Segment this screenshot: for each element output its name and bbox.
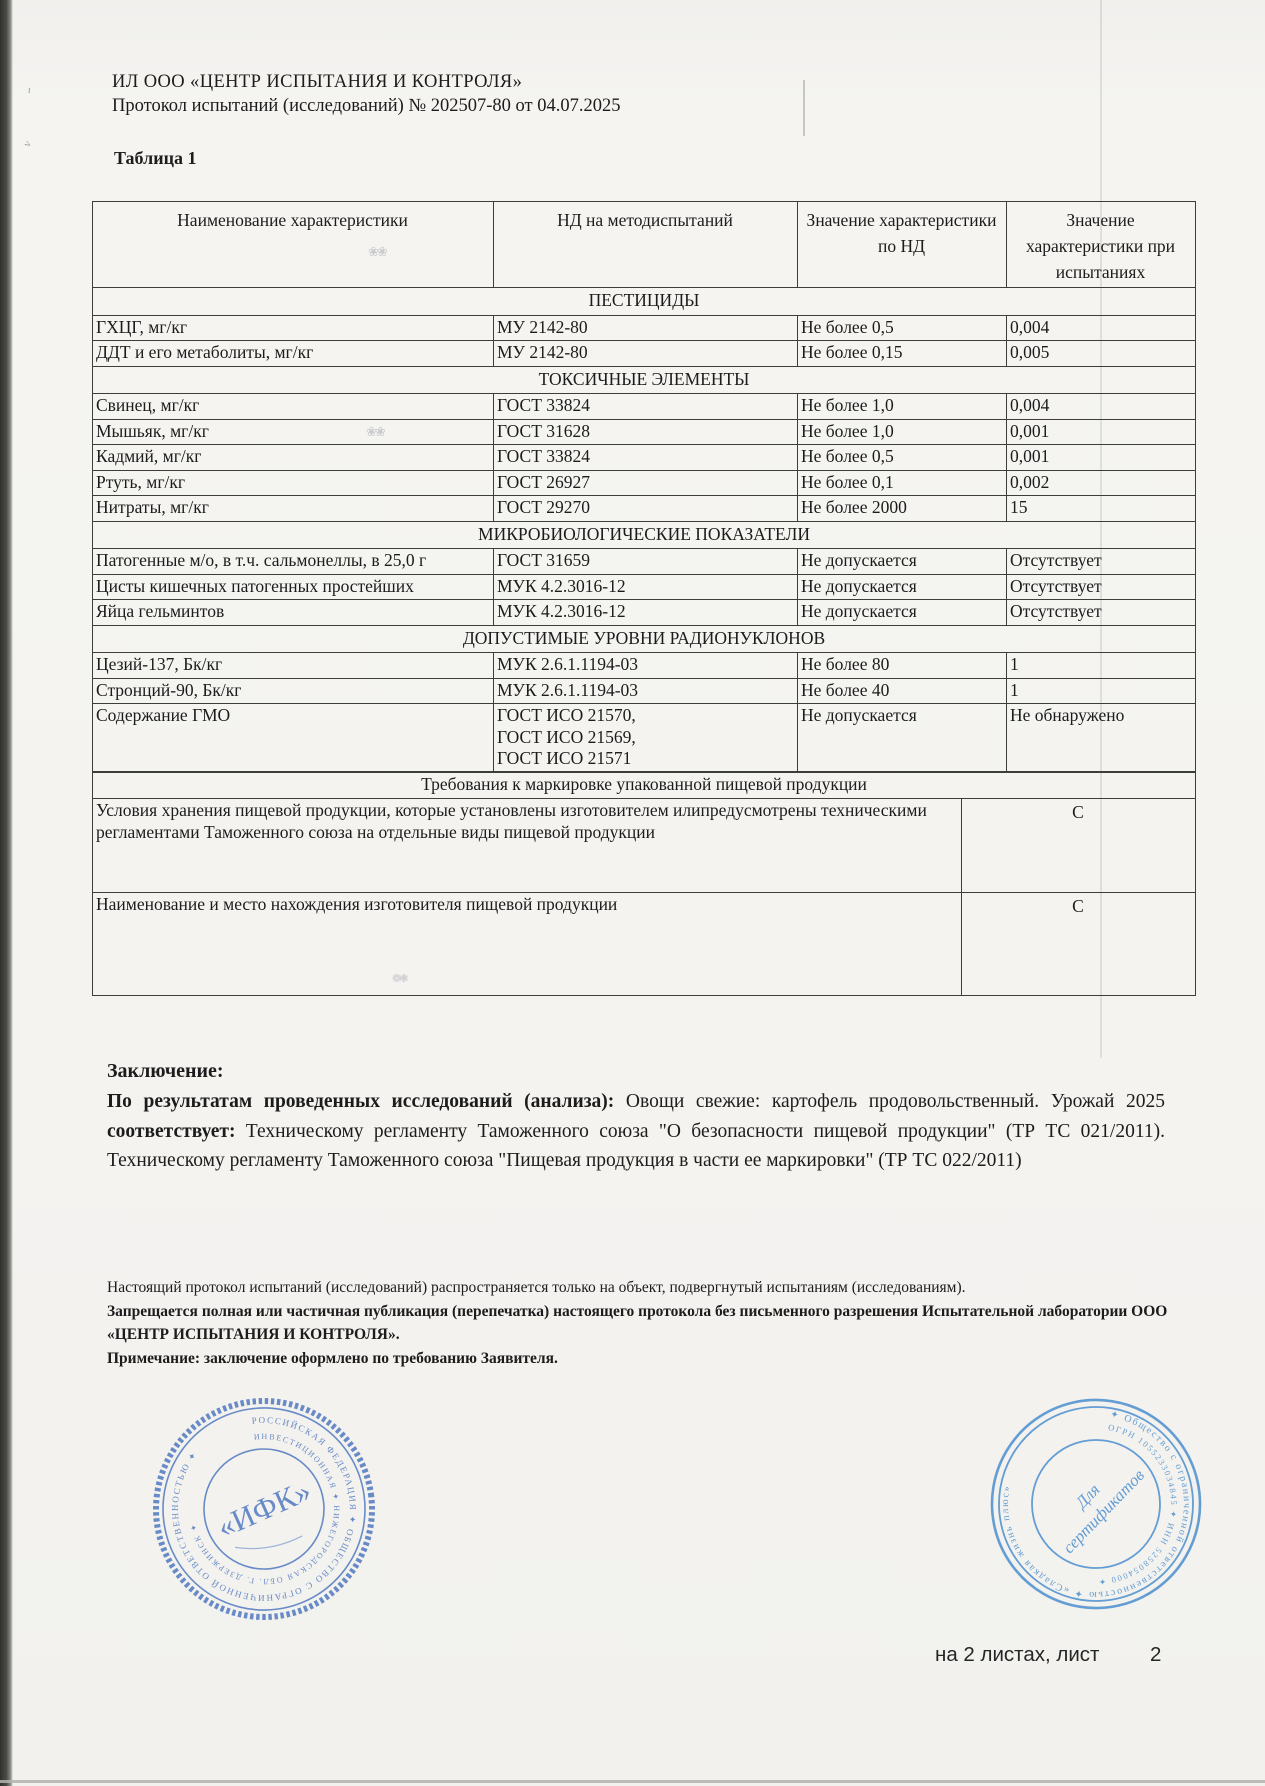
table-row: Цезий-137, Бк/кгМУК 2.6.1.1194-03Не боле…: [93, 653, 1196, 679]
table-row: Нитраты, мг/кгГОСТ 29270Не более 200015: [93, 496, 1196, 522]
test-result: Отсутствует: [1007, 549, 1196, 575]
test-result: Отсутствует: [1007, 574, 1196, 600]
conclusion-block: Заключение: По результатам проведенных и…: [107, 1060, 1165, 1176]
nd-limit: Не допускается: [798, 600, 1007, 626]
characteristic-name: Цисты кишечных патогенных простейших: [93, 574, 494, 600]
marking-requirement: Условия хранения пищевой продукции, кото…: [93, 799, 962, 893]
scan-mark-line: [803, 80, 805, 136]
scan-speck: ν: [21, 139, 34, 149]
characteristic-name: Мышьяк, мг/кг: [93, 419, 494, 445]
characteristic-name: ГХЦГ, мг/кг: [93, 315, 494, 341]
page-number: 2: [1150, 1643, 1161, 1667]
table-section-title: МИКРОБИОЛОГИЧЕСКИЕ ПОКАЗАТЕЛИ: [93, 521, 1196, 549]
stamp-center-line2: сертификатов: [1059, 1465, 1149, 1557]
characteristic-name: Содержание ГМО: [93, 704, 494, 773]
method-doc: МУК 2.6.1.1194-03: [494, 653, 798, 679]
method-doc: ГОСТ ИСО 21570, ГОСТ ИСО 21569, ГОСТ ИСО…: [494, 704, 798, 773]
characteristic-name: Цезий-137, Бк/кг: [93, 653, 494, 679]
marking-value: С: [962, 799, 1196, 893]
table-section-title: ДОПУСТИМЫЕ УРОВНИ РАДИОНУКЛОНОВ: [93, 625, 1196, 653]
characteristic-name: Свинец, мг/кг: [93, 394, 494, 420]
marking-table: Требования к маркировке упакованной пище…: [92, 771, 1196, 997]
method-doc: ГОСТ 31659: [494, 549, 798, 575]
marking-row: Условия хранения пищевой продукции, кото…: [93, 799, 1196, 893]
characteristic-name: ДДТ и его метаболиты, мг/кг: [93, 341, 494, 367]
table-row: Ртуть, мг/кгГОСТ 26927Не более 0,10,002: [93, 470, 1196, 496]
characteristic-name: Кадмий, мг/кг: [93, 445, 494, 471]
table-row: Мышьяк, мг/кгГОСТ 31628Не более 1,00,001: [93, 419, 1196, 445]
lab-name: ИЛ ООО «ЦЕНТР ИСПЫТАНИЯ И КОНТРОЛЯ»: [112, 70, 620, 94]
method-doc: МУК 2.6.1.1194-03: [494, 678, 798, 704]
conclusion-text-b: Техническому регламенту Таможенного союз…: [107, 1121, 1165, 1172]
nd-limit: Не более 0,1: [798, 470, 1007, 496]
table-section-title: ПЕСТИЦИДЫ: [93, 288, 1196, 316]
nd-limit: Не допускается: [798, 704, 1007, 773]
conclusion-lead: По результатам проведенных исследований …: [107, 1091, 614, 1112]
col-header-nd-value: Значение характеристики по НД: [798, 202, 1007, 288]
conclusion-title: Заключение:: [107, 1060, 1165, 1083]
table-section-row: ПЕСТИЦИДЫ: [93, 288, 1196, 316]
test-result: Не обнаружено: [1007, 704, 1196, 773]
scanned-protocol-page: ι ν ❀❀ ❀❀ ❁❃ ИЛ ООО «ЦЕНТР ИСПЫТАНИЯ И К…: [0, 0, 1265, 1786]
stamp-center-text: «ИФК»: [212, 1473, 316, 1545]
marking-requirement: Наименование и место нахождения изготови…: [93, 893, 962, 996]
table-row: Патогенные м/о, в т.ч. сальмонеллы, в 25…: [93, 549, 1196, 575]
method-doc: ГОСТ 31628: [494, 419, 798, 445]
table-row: Свинец, мг/кгГОСТ 33824Не более 1,00,004: [93, 394, 1196, 420]
table-header-row: Наименование характеристики НД на методи…: [93, 202, 1196, 288]
col-header-characteristic: Наименование характеристики: [93, 202, 494, 288]
method-doc: МУК 4.2.3016-12: [494, 574, 798, 600]
round-stamp-certificates: ✦ Общество с ограниченной ответственност…: [972, 1380, 1219, 1627]
note-scope: Настоящий протокол испытаний (исследован…: [107, 1276, 1182, 1299]
test-result: 0,001: [1007, 445, 1196, 471]
method-doc: ГОСТ 33824: [494, 394, 798, 420]
characteristic-name: Ртуть, мг/кг: [93, 470, 494, 496]
test-result: 0,001: [1007, 419, 1196, 445]
note-remark: Примечание: заключение оформлено по треб…: [107, 1347, 1182, 1370]
nd-limit: Не более 0,15: [798, 341, 1007, 367]
table-row: Кадмий, мг/кгГОСТ 33824Не более 0,50,001: [93, 445, 1196, 471]
table-row: ГХЦГ, мг/кгМУ 2142-80Не более 0,50,004: [93, 315, 1196, 341]
characteristic-name: Патогенные м/о, в т.ч. сальмонеллы, в 25…: [93, 549, 494, 575]
stamp-squiggle: [235, 1536, 303, 1552]
protocol-number-line: Протокол испытаний (исследований) № 2025…: [112, 94, 620, 118]
method-doc: ГОСТ 26927: [494, 470, 798, 496]
method-doc: МУ 2142-80: [494, 315, 798, 341]
nd-limit: Не более 0,5: [798, 445, 1007, 471]
table-section-row: МИКРОБИОЛОГИЧЕСКИЕ ПОКАЗАТЕЛИ: [93, 521, 1196, 549]
nd-limit: Не допускается: [798, 574, 1007, 600]
table-section-row: ТОКСИЧНЫЕ ЭЛЕМЕНТЫ: [93, 366, 1196, 394]
nd-limit: Не более 0,5: [798, 315, 1007, 341]
round-stamp-ifk: РОССИЙСКАЯ ФЕДЕРАЦИЯ ✦ ОБЩЕСТВО С ОГРАНИ…: [138, 1383, 391, 1636]
marking-section-row: Требования к маркировке упакованной пище…: [93, 771, 1196, 799]
nd-limit: Не более 1,0: [798, 394, 1007, 420]
test-result: 1: [1007, 678, 1196, 704]
characteristic-name: Нитраты, мг/кг: [93, 496, 494, 522]
conclusion-text: По результатам проведенных исследований …: [107, 1087, 1165, 1176]
nd-limit: Не более 2000: [798, 496, 1007, 522]
nd-limit: Не более 80: [798, 653, 1007, 679]
footer-notes: Настоящий протокол испытаний (исследован…: [107, 1276, 1182, 1371]
note-no-reprint: Запрещается полная или частичная публика…: [107, 1300, 1182, 1346]
results-table-wrap: Наименование характеристики НД на методи…: [92, 201, 1195, 996]
marking-section-title: Требования к маркировке упакованной пище…: [93, 771, 1196, 799]
method-doc: МУК 4.2.3016-12: [494, 600, 798, 626]
scan-edge-left: [0, 0, 13, 1786]
sheets-label: на 2 листах, лист: [935, 1643, 1099, 1666]
method-doc: ГОСТ 29270: [494, 496, 798, 522]
method-doc: ГОСТ 33824: [494, 445, 798, 471]
test-result: 1: [1007, 653, 1196, 679]
conclusion-bold-mid: соответствует:: [107, 1121, 235, 1142]
scan-speck: ι: [27, 84, 32, 96]
table-row: Стронций-90, Бк/кгМУК 2.6.1.1194-03Не бо…: [93, 678, 1196, 704]
scan-edge-bottom: [0, 1780, 1265, 1783]
col-header-method: НД на методиспытаний: [494, 202, 798, 288]
conclusion-text-a: Овощи свежие: картофель продовольственны…: [614, 1091, 1165, 1112]
results-table: Наименование характеристики НД на методи…: [92, 201, 1196, 773]
table-caption: Таблица 1: [114, 148, 196, 169]
table-section-title: ТОКСИЧНЫЕ ЭЛЕМЕНТЫ: [93, 366, 1196, 394]
table-row: Яйца гельминтовМУК 4.2.3016-12Не допуска…: [93, 600, 1196, 626]
test-result: 15: [1007, 496, 1196, 522]
nd-limit: Не более 1,0: [798, 419, 1007, 445]
test-result: 0,005: [1007, 341, 1196, 367]
table-row: Цисты кишечных патогенных простейшихМУК …: [93, 574, 1196, 600]
col-header-test-value: Значение характеристики при испытаниях: [1007, 202, 1196, 288]
nd-limit: Не допускается: [798, 549, 1007, 575]
test-result: 0,004: [1007, 315, 1196, 341]
table-row: Содержание ГМОГОСТ ИСО 21570, ГОСТ ИСО 2…: [93, 704, 1196, 773]
document-header: ИЛ ООО «ЦЕНТР ИСПЫТАНИЯ И КОНТРОЛЯ» Прот…: [112, 70, 620, 118]
marking-row: Наименование и место нахождения изготови…: [93, 893, 1196, 996]
sheet-footer: на 2 листах, лист 2: [935, 1643, 1195, 1667]
test-result: 0,004: [1007, 394, 1196, 420]
nd-limit: Не более 40: [798, 678, 1007, 704]
table-section-row: ДОПУСТИМЫЕ УРОВНИ РАДИОНУКЛОНОВ: [93, 625, 1196, 653]
test-result: Отсутствует: [1007, 600, 1196, 626]
method-doc: МУ 2142-80: [494, 341, 798, 367]
table-row: ДДТ и его метаболиты, мг/кгМУ 2142-80Не …: [93, 341, 1196, 367]
marking-value: С: [962, 893, 1196, 996]
characteristic-name: Яйца гельминтов: [93, 600, 494, 626]
test-result: 0,002: [1007, 470, 1196, 496]
characteristic-name: Стронций-90, Бк/кг: [93, 678, 494, 704]
